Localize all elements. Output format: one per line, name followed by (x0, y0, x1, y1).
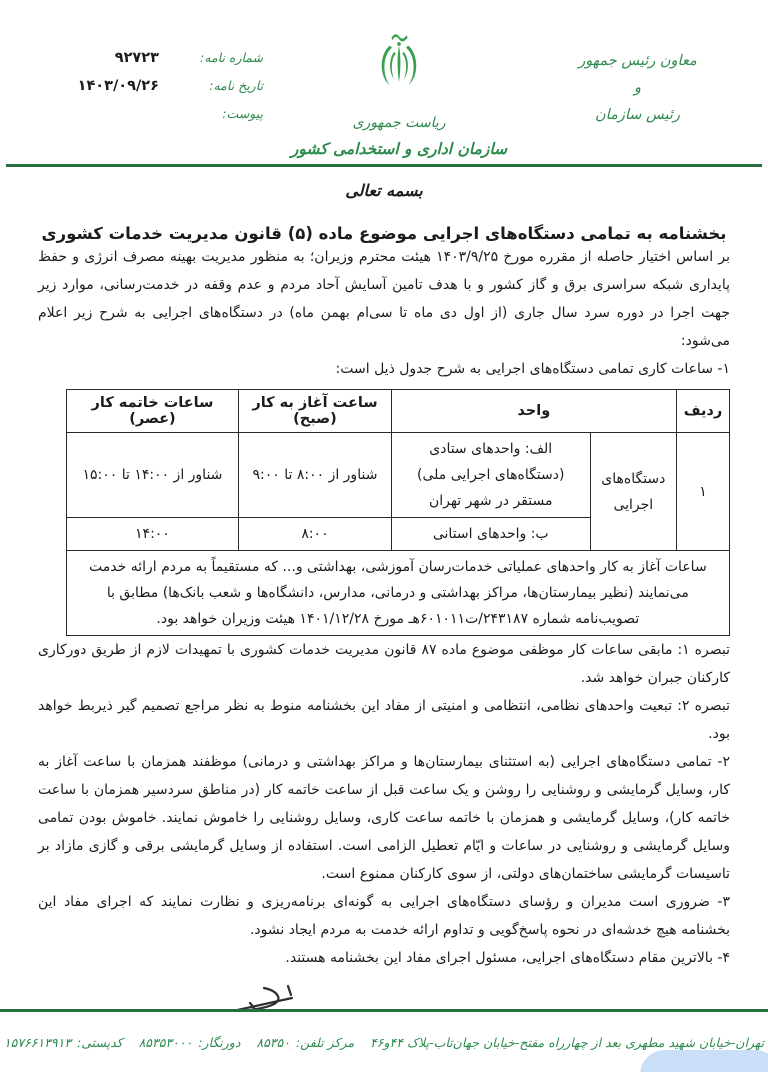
signatory-title-line3: رئیس سازمان (535, 102, 740, 129)
footer-phone-label: مرکز تلفن: (296, 1035, 354, 1050)
iran-emblem-icon (372, 22, 426, 112)
letter-number-label: شماره نامه: (177, 50, 263, 65)
unit-b-start-cell: ۸:۰۰ (239, 518, 392, 551)
unit-group-cell: دستگاه‌های اجرایی (590, 433, 676, 551)
letterhead: معاون رئیس جمهور و رئیس سازمان (0, 0, 768, 162)
table-row: ۱ دستگاه‌های اجرایی الف: واحدهای ستادی (… (66, 433, 729, 518)
letterhead-org-block: ریاست جمهوری سازمان اداری و استخدامی کشو… (263, 20, 535, 158)
org-presidency-line: ریاست جمهوری (263, 115, 535, 131)
attachment-label: پیوست: (177, 106, 263, 121)
col-header-row-number: ردیف (676, 390, 729, 433)
letter-body: بسمه تعالی بخشنامه به تمامی دستگاه‌های ا… (0, 181, 768, 1072)
table-header-row: ردیف واحد ساعت آغاز به کار (صبح) ساعات خ… (66, 390, 729, 433)
letter-number-field: شماره نامه: ۹۲۷۲۳ (28, 50, 263, 66)
attachment-field: پیوست: (28, 106, 263, 121)
footer-postal-label: کدپستی: (77, 1035, 123, 1050)
col-header-start-time: ساعت آغاز به کار (صبح) (239, 390, 392, 433)
footer-fax-value: ۸۵۳۵۳۰۰۰ (139, 1035, 193, 1050)
header-divider-line (6, 164, 762, 167)
item-3-paragraph: ۳- ضروری است مدیران و رؤسای دستگاه‌های ا… (38, 888, 730, 944)
page-title: بخشنامه به تمامی دستگاه‌های اجرایی موضوع… (38, 224, 730, 243)
note-1-paragraph: تبصره ۱: مابقی ساعات کار موظفی موضوع ماد… (38, 636, 730, 692)
col-header-unit: واحد (391, 390, 676, 433)
signatory-title-line1: معاون رئیس جمهور (535, 48, 740, 75)
footer-phone-value: ۸۵۳۵۰ (256, 1035, 290, 1050)
note-2-paragraph: تبصره ۲: تبعیت واحدهای نظامی، انتظامی و … (38, 692, 730, 748)
letterhead-meta-block: شماره نامه: ۹۲۷۲۳ تاریخ نامه: ۱۴۰۳/۰۹/۲۶… (28, 20, 263, 133)
besmele-calligraphy: بسمه تعالی (38, 181, 730, 200)
table-note-row: ساعات آغاز به کار واحدهای عملیاتی خدمات‌… (66, 551, 729, 636)
unit-a-start-cell: شناور از ۸:۰۰ تا ۹:۰۰ (239, 433, 392, 518)
org-name-line: سازمان اداری و استخدامی کشور (263, 140, 535, 158)
signatory-title-line2: و (535, 75, 740, 102)
unit-b-cell: ب: واحدهای استانی (391, 518, 590, 551)
unit-b-end-cell: ۱۴:۰۰ (66, 518, 239, 551)
item-1-line: ۱- ساعات کاری تمامی دستگاه‌های اجرایی به… (38, 355, 730, 383)
col-header-end-time: ساعات خاتمه کار (عصر) (66, 390, 239, 433)
item-2-paragraph: ۲- تمامی دستگاه‌های اجرایی (به استثنای ب… (38, 748, 730, 888)
letter-number-value: ۹۲۷۲۳ (115, 50, 177, 66)
unit-a-cell: الف: واحدهای ستادی (دستگاه‌های اجرایی مل… (391, 433, 590, 518)
footer-address: تهران-خیابان شهید مطهری بعد از چهارراه م… (370, 1035, 764, 1050)
footer-fax-label: دورنگار: (198, 1035, 240, 1050)
item-4-paragraph: ۴- بالاترین مقام دستگاه‌های اجرایی، مسئو… (38, 944, 730, 972)
floating-widget[interactable] (640, 1050, 768, 1072)
footer-bar: تهران-خیابان شهید مطهری بعد از چهارراه م… (0, 1009, 768, 1072)
circular-letter-page: معاون رئیس جمهور و رئیس سازمان (0, 0, 768, 1072)
letter-date-value: ۱۴۰۳/۰۹/۲۶ (78, 78, 177, 94)
letter-date-field: تاریخ نامه: ۱۴۰۳/۰۹/۲۶ (28, 78, 263, 94)
working-hours-table: ردیف واحد ساعت آغاز به کار (صبح) ساعات خ… (66, 389, 730, 636)
letterhead-signatory-block: معاون رئیس جمهور و رئیس سازمان (535, 20, 740, 129)
table-note-cell: ساعات آغاز به کار واحدهای عملیاتی خدمات‌… (66, 551, 729, 636)
letter-date-label: تاریخ نامه: (177, 78, 263, 93)
intro-paragraph: بر اساس اختیار حاصله از مقرره مورخ ۱۴۰۳/… (38, 243, 730, 355)
row-number-cell: ۱ (676, 433, 729, 551)
footer-postal-value: ۱۵۷۶۶۱۳۹۱۳ (4, 1035, 71, 1050)
unit-a-end-cell: شناور از ۱۴:۰۰ تا ۱۵:۰۰ (66, 433, 239, 518)
